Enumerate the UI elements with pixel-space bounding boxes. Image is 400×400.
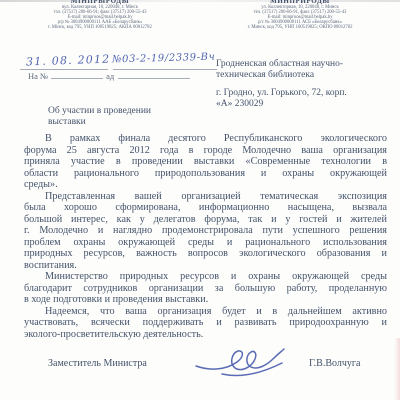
text-line: Министерство природных ресурсов и охраны… <box>24 271 387 283</box>
text-line: была хорошо сформирована, информационно … <box>24 202 387 214</box>
text-line: большой интерес, как у делегатов форума,… <box>24 214 387 226</box>
paragraph: Надеемся, что ваша организация будет и в… <box>24 306 387 341</box>
text-line: В рамках финала десятого Республиканског… <box>24 133 387 145</box>
reply-reference-row: На №ад <box>28 70 190 81</box>
text-line: Надеемся, что ваша организация будет и в… <box>24 306 387 318</box>
text-line: г. Молодечно и наглядно продемонстрирова… <box>24 225 387 237</box>
reply-label: На № <box>28 71 48 81</box>
form-underline <box>51 70 103 79</box>
text-line: приняла участие в проведении выставки «С… <box>24 156 387 168</box>
subject-line: выставки <box>48 117 218 128</box>
subject-block: Об участии в проведении выставки <box>48 106 218 128</box>
letterhead-line: г. Мінск, код 795, УНП 100519825; АКПА 0… <box>0 25 200 30</box>
addressee-line: «А» 230029 <box>216 99 400 110</box>
paragraph: Министерство природных ресурсов и охраны… <box>24 271 387 306</box>
scanned-letter-page: МІНПРЫРОДЫ вул. Калектарная, 10, 220048,… <box>0 0 400 400</box>
signer-name: Г.В.Волчуга <box>309 358 360 369</box>
paragraph: В рамках финала десятого Республиканског… <box>24 133 387 191</box>
text-line: благодарит сотрудников организации за бо… <box>24 283 387 295</box>
spacer <box>216 80 400 88</box>
addressee-line: техническая библиотека <box>216 70 400 81</box>
text-line: в ходе подготовки и проведения выставки. <box>24 294 387 306</box>
text-line: Представленная вашей организацией темати… <box>24 191 387 203</box>
text-line: среды». <box>24 179 387 191</box>
handwritten-reg-number: №03-2-19/2339-Вч <box>112 52 216 66</box>
text-line: форума 25 августа 2012 года в городе Мол… <box>24 145 387 157</box>
subject-line: Об участии в проведении <box>48 106 218 117</box>
addressee-line: г. Гродно, ул. Горького, 72, корп. <box>216 88 400 99</box>
handwritten-date: 31. 08. 2012 <box>26 53 111 69</box>
reply-from-label: ад <box>106 71 114 81</box>
form-underline <box>118 70 190 79</box>
text-line: области рационального природопользования… <box>24 168 387 180</box>
letterhead: МІНПРЫРОДЫ вул. Калектарная, 10, 220048,… <box>0 0 400 30</box>
paragraph: Представленная вашей организацией темати… <box>24 191 387 272</box>
letterhead-line: г. Минск, код 795, УНП 100519825; ОКПО 0… <box>200 25 400 30</box>
text-line: участвовать, всячески поддерживать и раз… <box>24 317 387 329</box>
letter-body: В рамках финала десятого Республиканског… <box>24 133 387 340</box>
letterhead-belarusian: МІНПРЫРОДЫ вул. Калектарная, 10, 220048,… <box>0 0 200 30</box>
text-line: проблем охраны окружающей среды и рацион… <box>24 237 387 249</box>
signer-position: Заместитель Министра <box>48 358 147 369</box>
text-line: природных ресурсов, важность вопросов эк… <box>24 248 387 260</box>
scan-artifact <box>394 338 400 400</box>
text-line: воспитания. <box>24 260 387 272</box>
text-line: эколого-просветительскую деятельность. <box>24 329 387 341</box>
letterhead-russian: МИНПРИРОДЫ ул. Коллекторная, 10, 220048,… <box>200 0 400 30</box>
addressee-block: Гродненская областная научно- техническа… <box>216 59 400 109</box>
signature-scribble <box>194 343 286 381</box>
addressee-line: Гродненская областная научно- <box>216 59 400 70</box>
